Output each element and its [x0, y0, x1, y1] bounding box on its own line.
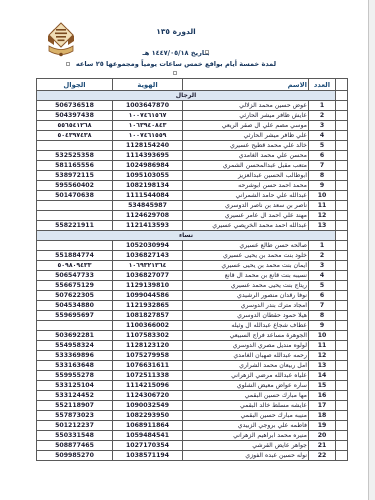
section-header-row: نساء	[37, 231, 348, 241]
row-id-cell: 1114215096	[113, 381, 183, 391]
row-number-cell: 13	[309, 221, 336, 231]
row-name-cell: مهند علي احمد ال عامر عسيري	[183, 211, 309, 221]
row-id-cell: 1081827857	[113, 311, 183, 321]
row-extra-cell	[336, 391, 348, 401]
corner-empty-cell	[336, 79, 348, 91]
row-id-cell: 1099044586	[113, 291, 183, 301]
row-number-cell: 3	[309, 261, 336, 271]
row-number-cell: 12	[309, 211, 336, 221]
row-mobile-cell: ٥٠٩٨٠٩٤٣٣	[37, 261, 113, 271]
roster-row: 7امجاد مترك بندر الدوسري1121932865504534…	[37, 301, 348, 311]
roster-row: 14علياه عبدالله مرضي الزهراني10725113385…	[37, 371, 348, 381]
roster-row: 1عوض حسين محمد الزلالي100364787050673651…	[37, 101, 348, 111]
row-id-cell: ١٠٠٧٤٦١٥٥٩	[113, 131, 183, 141]
row-name-cell: جواهر عايض القرشي	[183, 441, 309, 451]
row-extra-cell	[336, 381, 348, 391]
row-extra-cell	[336, 361, 348, 371]
row-mobile-cell: 595560402	[37, 181, 113, 191]
row-name-cell: عوض حسين محمد الزلالي	[183, 101, 309, 111]
row-mobile-cell: 532525358	[37, 151, 113, 161]
row-number-cell: 19	[309, 421, 336, 431]
row-number-cell: 4	[309, 131, 336, 141]
section-label: نساء	[37, 231, 336, 241]
column-header-id: الهوية	[113, 79, 183, 91]
row-number-cell: 17	[309, 401, 336, 411]
row-number-cell: 21	[309, 441, 336, 451]
row-extra-cell	[336, 311, 348, 321]
roster-row: 6محسن علي محمد الغامدي111439369553252535…	[37, 151, 348, 161]
row-mobile-cell: 554958324	[37, 341, 113, 351]
row-id-cell: 1052030994	[113, 241, 183, 251]
row-extra-cell	[336, 341, 348, 351]
row-name-cell: ناصر بن سعد بن ناصر الدوسري	[183, 201, 309, 211]
row-number-cell: 7	[309, 301, 336, 311]
row-mobile-cell: 552118907	[37, 401, 113, 411]
row-id-cell: 1100366002	[113, 321, 183, 331]
row-number-cell: 22	[309, 451, 336, 461]
row-name-cell: نوله حسين عبده الفوزي	[183, 451, 309, 461]
row-mobile-cell	[37, 211, 113, 221]
roster-row: 22نوله حسين عبده الفوزي10385711945099852…	[37, 451, 348, 461]
row-mobile-cell: 506547733	[37, 271, 113, 281]
row-mobile-cell: 559955278	[37, 371, 113, 381]
row-mobile-cell: 508877465	[37, 441, 113, 451]
row-mobile-cell	[37, 241, 113, 251]
row-extra-cell	[336, 151, 348, 161]
row-name-cell: صالحه حسن طالع عسيري	[183, 241, 309, 251]
row-id-cell: 1124306720	[113, 391, 183, 401]
roster-row: 13امل ربيعان محمد الشراري107663161153316…	[37, 361, 348, 371]
roster-row: 17عايشه مسلط خالد البقمي1090032549552118…	[37, 401, 348, 411]
duration-line: لمدة خمسة أيام بواقع خمس ساعات يومياً وم…	[0, 60, 352, 68]
row-id-cell: 1129139810	[113, 281, 183, 291]
row-number-cell: 2	[309, 251, 336, 261]
page-edge-strip	[368, 0, 375, 500]
row-extra-cell	[336, 131, 348, 141]
row-id-cell: 1128154240	[113, 141, 183, 151]
roster-row: 9عطاف شجاع عبدالله ال وثيله1100366002	[37, 321, 348, 331]
row-extra-cell	[336, 411, 348, 421]
roster-row: 2عايش ظافر ميشر الحارثي١٠٠٧٤٦١٥٦٧5043974…	[37, 111, 348, 121]
row-name-cell: رحمه عبدالله صهبان الغامدي	[183, 351, 309, 361]
row-id-cell: 1082293950	[113, 411, 183, 421]
row-extra-cell	[336, 421, 348, 431]
row-extra-cell	[336, 111, 348, 121]
row-id-cell: 1076631611	[113, 361, 183, 371]
row-mobile-cell: 533124452	[37, 391, 113, 401]
row-extra-cell	[336, 271, 348, 281]
row-id-cell: 1114393695	[113, 151, 183, 161]
row-number-cell: 8	[309, 311, 336, 321]
row-extra-cell	[336, 101, 348, 111]
row-extra-cell	[336, 401, 348, 411]
row-extra-cell	[336, 221, 348, 231]
row-name-cell: محمد احمد حسن ابوشرحه	[183, 181, 309, 191]
row-name-cell: علي ظافر ميشر الحارثي	[183, 131, 309, 141]
roster-row: 2خلود بنت محمد بن يحيى عسيري103682714355…	[37, 251, 348, 261]
row-mobile-cell: 550331548	[37, 431, 113, 441]
row-name-cell: خلود بنت محمد بن يحيى عسيري	[183, 251, 309, 261]
row-name-cell: امجاد مترك بندر الدوسري	[183, 301, 309, 311]
row-id-cell: 1036827143	[113, 251, 183, 261]
roster-row: 3ايمان بنت محمد بن يحيى عسيري١٠٦٩٣٢١٣٦٤٥…	[37, 261, 348, 271]
row-mobile-cell	[37, 201, 113, 211]
row-id-cell: 1027170354	[113, 441, 183, 451]
roster-row: 8هيلا حمود حقطان الدوسري1081827857559695…	[37, 311, 348, 321]
roster-row: 3موسي مصم علي ال صقر الريعي١٠٦٣٩٤٠٨٤٣٥٥٦…	[37, 121, 348, 131]
row-id-cell: 1111544084	[113, 191, 183, 201]
row-extra-cell	[336, 201, 348, 211]
roster-row: 12رحمه عبدالله صهبان الغامدي107527995853…	[37, 351, 348, 361]
row-name-cell: مها مبارك حسين البقمي	[183, 391, 309, 401]
row-id-cell: 1128123120	[113, 341, 183, 351]
roster-row: 13عبدالله احمد محمد الخريصي عسيري1121413…	[37, 221, 348, 231]
roster-row: 20منيره محمد ابراهيم الزهراني10594845415…	[37, 431, 348, 441]
row-mobile-cell: 533163648	[37, 361, 113, 371]
row-extra-cell	[336, 451, 348, 461]
row-mobile-cell	[37, 321, 113, 331]
row-extra-cell	[336, 371, 348, 381]
row-number-cell: 14	[309, 371, 336, 381]
row-number-cell: 1	[309, 101, 336, 111]
roster-row: 6نوفا رقدان منصور الرشيدي109904458650762…	[37, 291, 348, 301]
row-mobile-cell: 501212237	[37, 421, 113, 431]
row-name-cell: عايشه مسلط خالد البقمي	[183, 401, 309, 411]
row-name-cell: منيبه مبارك حسين البقمي	[183, 411, 309, 421]
roster-row: 18منيبه مبارك حسين البقمي108229395055787…	[37, 411, 348, 421]
row-number-cell: 12	[309, 351, 336, 361]
roster-row: 16مها مبارك حسين البقمي11243067205331244…	[37, 391, 348, 401]
row-extra-cell	[336, 141, 348, 151]
row-number-cell: 2	[309, 111, 336, 121]
row-name-cell: نسيبه بنت قانع بن محمد ال قانع	[183, 271, 309, 281]
row-id-cell: 1082198134	[113, 181, 183, 191]
roster-row: 10عبدالله علي حامد الشمراني1111544084501…	[37, 191, 348, 201]
row-name-cell: لولوه منديل مصري الدوسري	[183, 341, 309, 351]
row-number-cell: 9	[309, 321, 336, 331]
row-name-cell: علياه عبدالله مرضي الزهراني	[183, 371, 309, 381]
row-extra-cell	[336, 171, 348, 181]
column-header-name: الاسم	[183, 79, 309, 91]
row-id-cell: 1095103055	[113, 171, 183, 181]
row-name-cell: ابوطالب الحسين عبدالعزيز	[183, 171, 309, 181]
row-name-cell: امل ربيعان محمد الشراري	[183, 361, 309, 371]
row-mobile-cell: 538972115	[37, 171, 113, 181]
section-extra-cell	[336, 231, 348, 241]
row-name-cell: خالد علي محمد قطيح عسيري	[183, 141, 309, 151]
row-extra-cell	[336, 181, 348, 191]
row-extra-cell	[336, 281, 348, 291]
row-mobile-cell: 504534880	[37, 301, 113, 311]
row-number-cell: 9	[309, 181, 336, 191]
row-name-cell: الجوهرة مساعد فراج السبيعي	[183, 331, 309, 341]
row-name-cell: نوفا رقدان منصور الرشيدي	[183, 291, 309, 301]
row-name-cell: متعب مقبل عبدالمحسن الشمري	[183, 161, 309, 171]
roster-row: 19فاطمه علي بروجي الزبيدي106891186450121…	[37, 421, 348, 431]
checkbox-square-icon	[173, 71, 177, 75]
row-id-cell: 1036827077	[113, 271, 183, 281]
row-number-cell: 15	[309, 381, 336, 391]
row-id-cell: 1090032549	[113, 401, 183, 411]
roster-row: 4علي ظافر ميشر الحارثي١٠٠٧٤٦١٥٥٩٥٠٤٣٩٧٤٣…	[37, 131, 348, 141]
row-name-cell: ساره عواض معيض الشلوي	[183, 381, 309, 391]
roster-row: 5خالد علي محمد قطيح عسيري1128154240	[37, 141, 348, 151]
roster-row: 12مهند علي احمد ال عامر عسيري1124629708	[37, 211, 348, 221]
row-extra-cell	[336, 351, 348, 361]
row-name-cell: محسن علي محمد الغامدي	[183, 151, 309, 161]
row-number-cell: 11	[309, 201, 336, 211]
row-extra-cell	[336, 211, 348, 221]
row-extra-cell	[336, 441, 348, 451]
row-name-cell: هيلا حمود حقطان الدوسري	[183, 311, 309, 321]
row-id-cell: 1003647870	[113, 101, 183, 111]
row-mobile-cell	[37, 141, 113, 151]
row-extra-cell	[336, 261, 348, 271]
row-id-cell: 534845987	[113, 201, 183, 211]
checkbox-square-icon	[205, 50, 209, 54]
row-extra-cell	[336, 431, 348, 441]
row-id-cell: 1124629708	[113, 211, 183, 221]
roster-table: العدد الاسم الهوية الجوال الرجال1عوض حسي…	[36, 78, 348, 461]
row-number-cell: 13	[309, 361, 336, 371]
roster-row: 8ابوطالب الحسين عبدالعزيز109510305553897…	[37, 171, 348, 181]
row-extra-cell	[336, 291, 348, 301]
roster-row: 15ساره عواض معيض الشلوي11142150965331251…	[37, 381, 348, 391]
row-mobile-cell: 551884774	[37, 251, 113, 261]
row-id-cell: 1107583302	[113, 331, 183, 341]
row-extra-cell	[336, 251, 348, 261]
row-mobile-cell: 581165556	[37, 161, 113, 171]
row-number-cell: 4	[309, 271, 336, 281]
column-header-mobile: الجوال	[37, 79, 113, 91]
row-number-cell: 1	[309, 241, 336, 251]
row-number-cell: 18	[309, 411, 336, 421]
checkbox-square-icon	[66, 62, 70, 66]
roster-row: 4نسيبه بنت قانع بن محمد ال قانع103682707…	[37, 271, 348, 281]
roster-row: 9محمد احمد حسن ابوشرحه108219813459556040…	[37, 181, 348, 191]
row-name-cell: عطاف شجاع عبدالله ال وثيله	[183, 321, 309, 331]
row-number-cell: 5	[309, 141, 336, 151]
row-mobile-cell: 533125104	[37, 381, 113, 391]
row-mobile-cell: 558221911	[37, 221, 113, 231]
row-extra-cell	[336, 191, 348, 201]
row-id-cell: 1038571194	[113, 451, 183, 461]
row-number-cell: 16	[309, 391, 336, 401]
row-number-cell: 5	[309, 281, 336, 291]
roster-row: 21جواهر عايض القرشي1027170354508877465	[37, 441, 348, 451]
roster-row: 5ريتاج بنت يحيى محمد عسيري11291398105566…	[37, 281, 348, 291]
row-name-cell: عبدالله احمد محمد الخريصي عسيري	[183, 221, 309, 231]
table-header-row: العدد الاسم الهوية الجوال	[37, 79, 348, 91]
column-header-count: العدد	[309, 79, 336, 91]
row-id-cell: ١٠٦٣٩٤٠٨٤٣	[113, 121, 183, 131]
roster-row: 1صالحه حسن طالع عسيري1052030994	[37, 241, 348, 251]
row-name-cell: عايش ظافر ميشر الحارثي	[183, 111, 309, 121]
roster-row: 11لولوه منديل مصري الدوسري11281231205549…	[37, 341, 348, 351]
row-mobile-cell: ٥٥٦٥٤١٢٦٨	[37, 121, 113, 131]
row-id-cell: 1024986984	[113, 161, 183, 171]
row-mobile-cell: 501470638	[37, 191, 113, 201]
row-id-cell: 1075279958	[113, 351, 183, 361]
row-number-cell: 10	[309, 331, 336, 341]
row-id-cell: 1121932865	[113, 301, 183, 311]
row-number-cell: 11	[309, 341, 336, 351]
row-mobile-cell: 506736518	[37, 101, 113, 111]
row-name-cell: عبدالله علي حامد الشمراني	[183, 191, 309, 201]
row-number-cell: 6	[309, 151, 336, 161]
row-mobile-cell: ٥٠٤٣٩٧٤٣٨	[37, 131, 113, 141]
row-name-cell: فاطمه علي بروجي الزبيدي	[183, 421, 309, 431]
row-id-cell: 1059484541	[113, 431, 183, 441]
document-page: الدورة ١٣٥ بتاريخ ١٤٤٧/٠٥/١٨ هـ لمدة خمس…	[0, 0, 375, 500]
row-name-cell: ايمان بنت محمد بن يحيى عسيري	[183, 261, 309, 271]
row-extra-cell	[336, 321, 348, 331]
row-number-cell: 3	[309, 121, 336, 131]
row-number-cell: 8	[309, 171, 336, 181]
row-mobile-cell: 533369896	[37, 351, 113, 361]
row-extra-cell	[336, 301, 348, 311]
section-extra-cell	[336, 91, 348, 101]
section-header-row: الرجال	[37, 91, 348, 101]
row-id-cell: 1121413593	[113, 221, 183, 231]
row-mobile-cell: 503692281	[37, 331, 113, 341]
row-mobile-cell: 556675129	[37, 281, 113, 291]
row-name-cell: ريتاج بنت يحيى محمد عسيري	[183, 281, 309, 291]
row-number-cell: 10	[309, 191, 336, 201]
row-id-cell: ١٠٠٧٤٦١٥٦٧	[113, 111, 183, 121]
row-mobile-cell: 509985270	[37, 451, 113, 461]
date-line: بتاريخ ١٤٤٧/٠٥/١٨ هـ	[0, 49, 352, 57]
course-title: الدورة ١٣٥	[0, 27, 352, 36]
row-extra-cell	[336, 241, 348, 251]
row-number-cell: 7	[309, 161, 336, 171]
roster-row: 11ناصر بن سعد بن ناصر الدوسري534845987	[37, 201, 348, 211]
roster-row: 7متعب مقبل عبدالمحسن الشمري1024986984581…	[37, 161, 348, 171]
row-name-cell: موسي مصم علي ال صقر الريعي	[183, 121, 309, 131]
roster-row: 10الجوهرة مساعد فراج السبيعي110758330250…	[37, 331, 348, 341]
row-mobile-cell: 504397438	[37, 111, 113, 121]
section-label: الرجال	[37, 91, 336, 101]
row-extra-cell	[336, 121, 348, 131]
row-id-cell: ١٠٦٩٣٢١٣٦٤	[113, 261, 183, 271]
row-id-cell: 1068911864	[113, 421, 183, 431]
row-number-cell: 20	[309, 431, 336, 441]
row-extra-cell	[336, 331, 348, 341]
row-mobile-cell: 559695697	[37, 311, 113, 321]
row-mobile-cell: 507622305	[37, 291, 113, 301]
row-mobile-cell: 557873023	[37, 411, 113, 421]
row-extra-cell	[336, 161, 348, 171]
row-name-cell: منيره محمد ابراهيم الزهراني	[183, 431, 309, 441]
row-id-cell: 1072511338	[113, 371, 183, 381]
row-number-cell: 6	[309, 291, 336, 301]
